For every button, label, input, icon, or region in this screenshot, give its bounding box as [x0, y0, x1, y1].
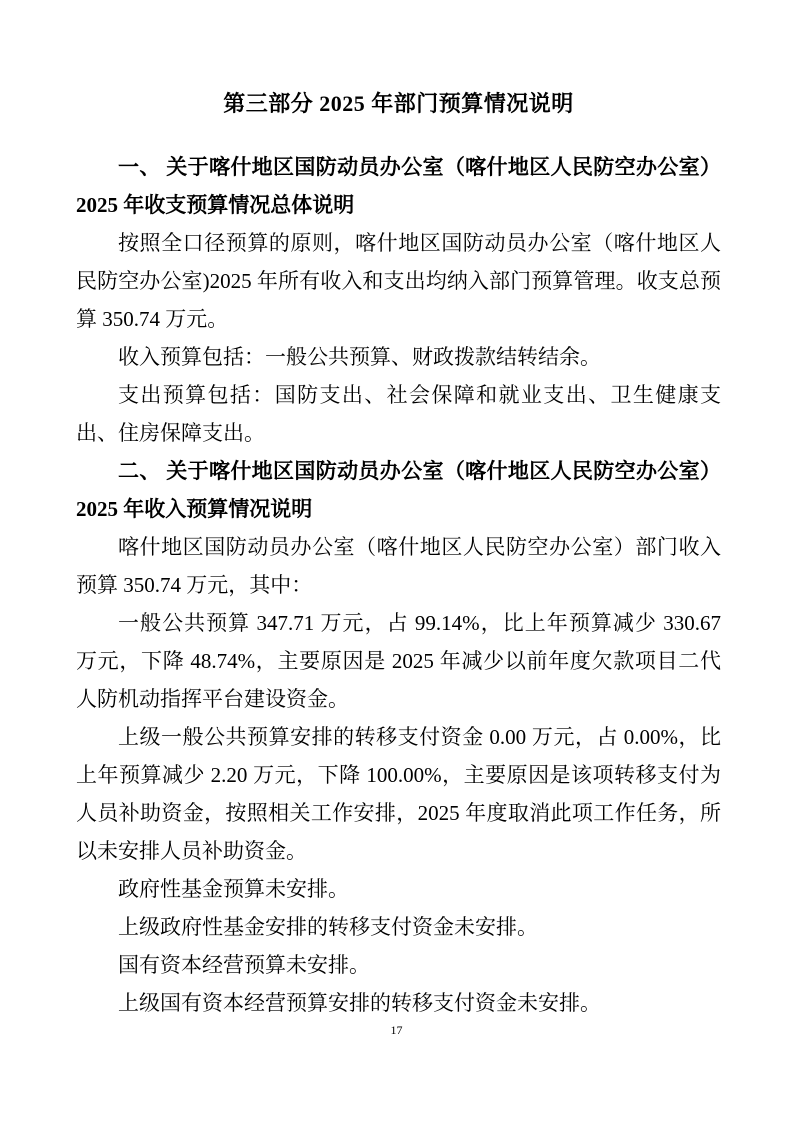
document-title: 第三部分 2025 年部门预算情况说明	[76, 88, 721, 120]
section-heading-income-expenditure-overview: 一、 关于喀什地区国防动员办公室（喀什地区人民防空办公室）2025 年收支预算情…	[76, 148, 721, 224]
section-heading-income-budget-explanation: 二、 关于喀什地区国防动员办公室（喀什地区人民防空办公室）2025 年收入预算情…	[76, 452, 721, 528]
paragraph-state-capital-budget: 国有资本经营预算未安排。	[76, 946, 721, 984]
paragraph-department-income-budget: 喀什地区国防动员办公室（喀什地区人民防空办公室）部门收入预算 350.74 万元…	[76, 528, 721, 604]
page-number: 17	[0, 1022, 793, 1038]
document-page: 第三部分 2025 年部门预算情况说明 一、 关于喀什地区国防动员办公室（喀什地…	[0, 0, 793, 1122]
paragraph-superior-government-fund-transfer: 上级政府性基金安排的转移支付资金未安排。	[76, 908, 721, 946]
paragraph-total-budget: 按照全口径预算的原则，喀什地区国防动员办公室（喀什地区人民防空办公室)2025 …	[76, 224, 721, 338]
paragraph-government-fund-budget: 政府性基金预算未安排。	[76, 870, 721, 908]
paragraph-superior-state-capital-transfer: 上级国有资本经营预算安排的转移支付资金未安排。	[76, 984, 721, 1022]
paragraph-expenditure-budget-includes: 支出预算包括：国防支出、社会保障和就业支出、卫生健康支出、住房保障支出。	[76, 376, 721, 452]
paragraph-transfer-payment-funds: 上级一般公共预算安排的转移支付资金 0.00 万元，占 0.00%，比上年预算减…	[76, 718, 721, 870]
document-content: 第三部分 2025 年部门预算情况说明 一、 关于喀什地区国防动员办公室（喀什地…	[76, 88, 721, 1022]
paragraph-income-budget-includes: 收入预算包括：一般公共预算、财政拨款结转结余。	[76, 338, 721, 376]
paragraph-general-public-budget: 一般公共预算 347.71 万元，占 99.14%，比上年预算减少 330.67…	[76, 604, 721, 718]
